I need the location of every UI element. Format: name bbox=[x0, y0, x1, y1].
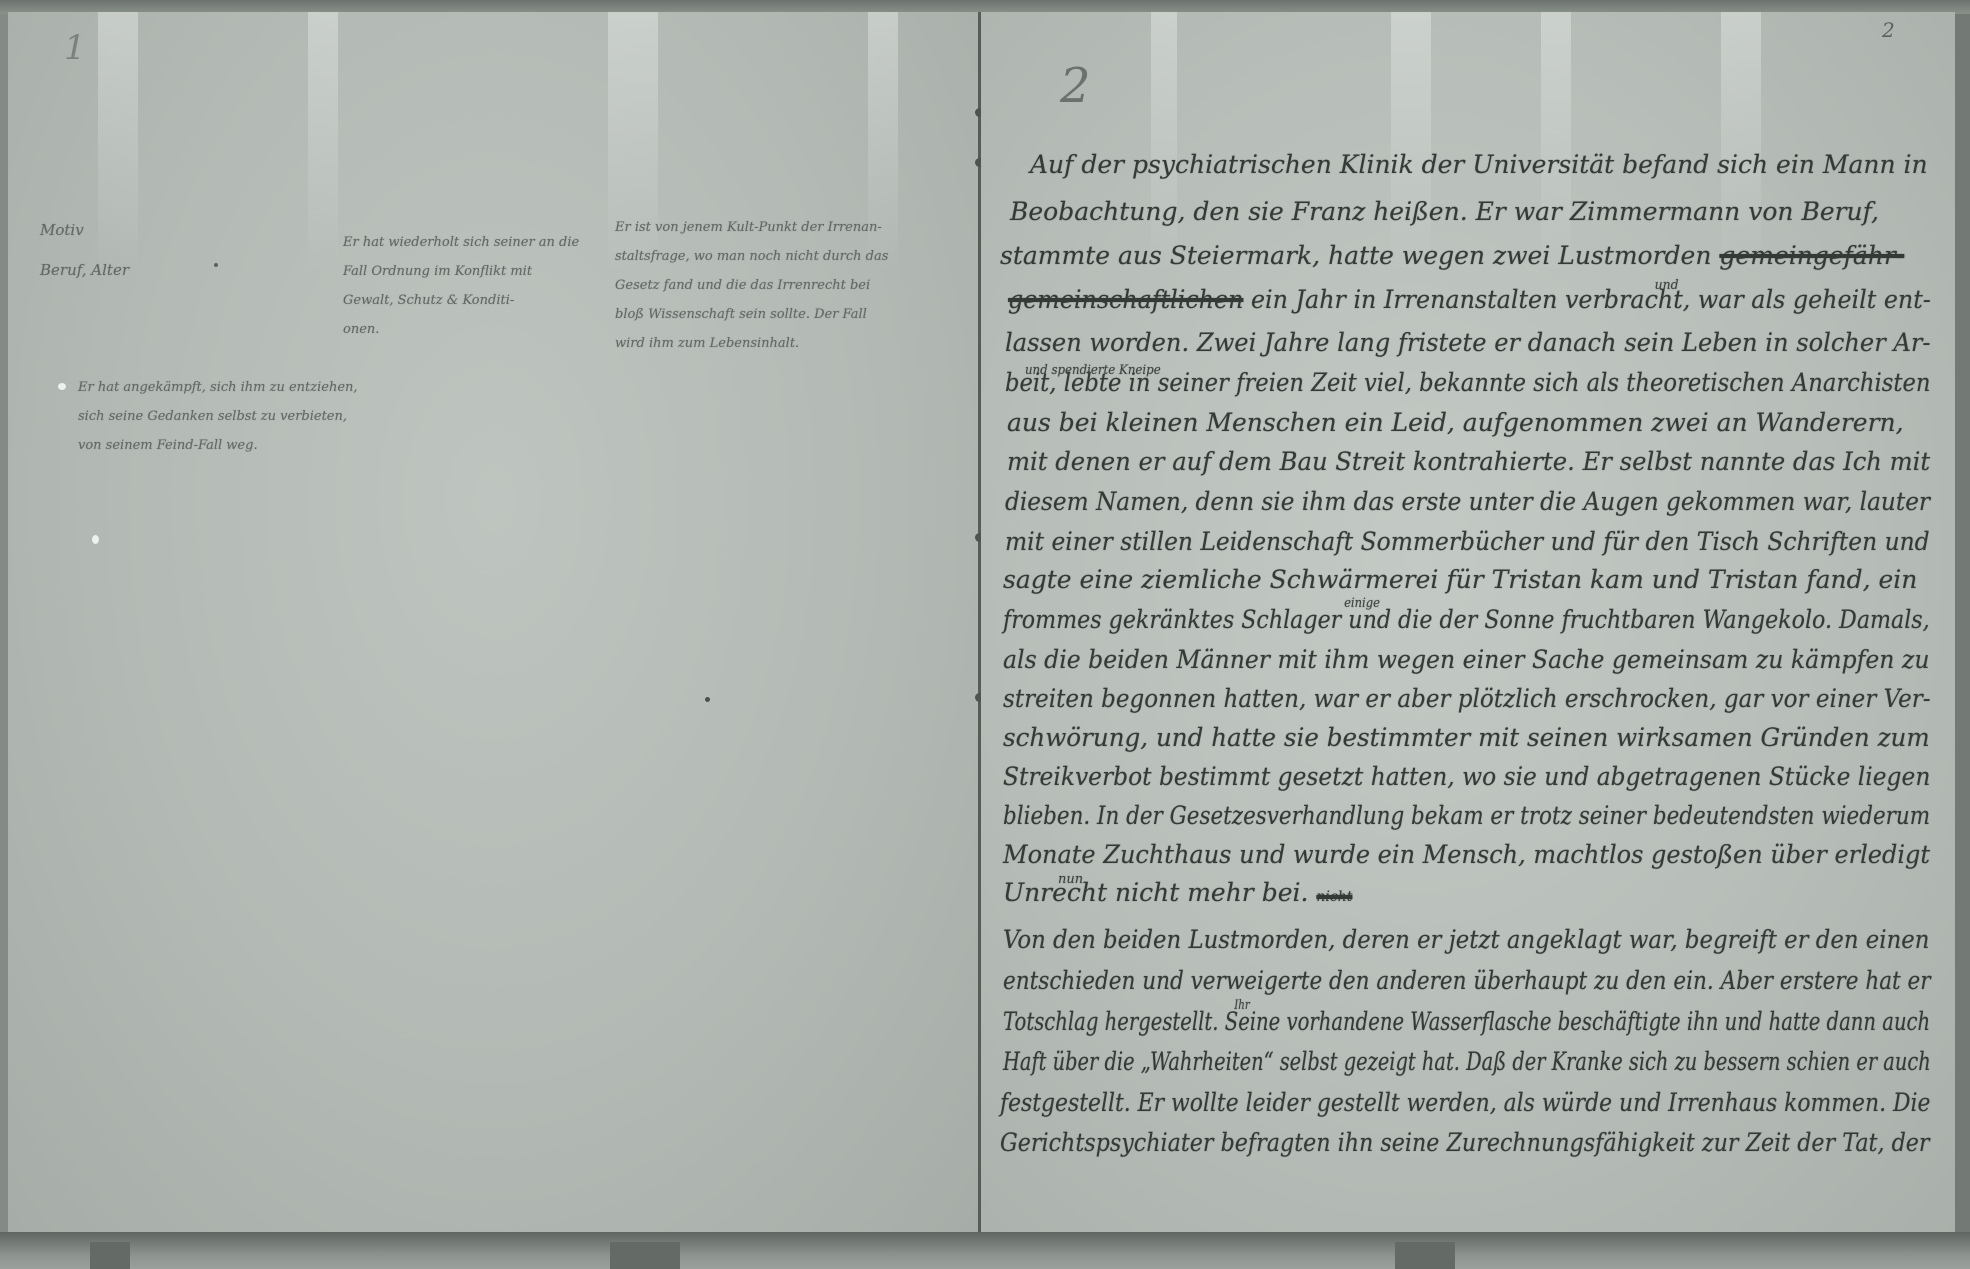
note-line: Gewalt, Schutz & Konditi- bbox=[343, 286, 579, 315]
note-line: sich seine Gedanken selbst zu verbieten, bbox=[78, 402, 358, 431]
light-streak bbox=[1151, 12, 1177, 272]
manuscript-line: aus bei kleinen Menschen ein Leid, aufge… bbox=[1007, 408, 1904, 438]
struck-text: nicht bbox=[1316, 889, 1352, 905]
note-line: von seinem Feind-Fall weg. bbox=[78, 431, 358, 460]
note-line: wird ihm zum Lebensinhalt. bbox=[615, 329, 888, 358]
manuscript-line: lassen worden. Zwei Jahre lang fristete … bbox=[1005, 328, 1931, 358]
manuscript-line: mit einer stillen Leidenschaft Sommerbüc… bbox=[1005, 527, 1930, 557]
manuscript-line: IhrTotschlag hergestellt. Seine vorhande… bbox=[1003, 1007, 1930, 1037]
interlinear-insertion: und spendierte Kneipe bbox=[1025, 356, 1161, 386]
light-streak bbox=[1391, 12, 1431, 272]
paper-speck bbox=[58, 383, 66, 390]
note-line: Fall Ordnung im Konflikt mit bbox=[343, 257, 579, 286]
note-line: Motiv bbox=[40, 210, 129, 250]
margin-note-d: Er hat angekämpft, sich ihm zu entziehen… bbox=[78, 373, 358, 460]
interlinear-insertion: Ihr bbox=[1234, 991, 1249, 1021]
paper-speck bbox=[92, 535, 99, 544]
manuscript-line: schwörung, und hatte sie bestimmter mit … bbox=[1003, 723, 1930, 753]
light-streak bbox=[308, 12, 338, 272]
manuscript-line: gemeinschaftlichen ein Jahr in Irrenanst… bbox=[1008, 285, 1931, 315]
scan-border-right bbox=[1955, 0, 1970, 1269]
interlinear-insertion: einige bbox=[1344, 589, 1380, 619]
note-line: bloß Wissenschaft sein sollte. Der Fall bbox=[615, 300, 888, 329]
manuscript-line: Streikverbot bestimmt gesetzt hatten, wo… bbox=[1003, 762, 1930, 792]
manuscript-line: diesem Namen, denn sie ihm das erste unt… bbox=[1005, 487, 1930, 517]
manuscript-line: entschieden und verweigerte den anderen … bbox=[1003, 966, 1931, 996]
ink-dot bbox=[705, 697, 710, 702]
manuscript-line: als die beiden Männer mit ihm wegen eine… bbox=[1003, 645, 1930, 675]
manuscript-line: Monate Zuchthaus und wurde ein Mensch, m… bbox=[1003, 840, 1930, 870]
manuscript-line: Von den beiden Lustmorden, deren er jetz… bbox=[1003, 925, 1929, 955]
note-line: Gesetz fand und die das Irrenrecht bei bbox=[615, 271, 888, 300]
shadow-block bbox=[90, 1242, 130, 1269]
manuscript-line: Haft über die „Wahrheiten“ selbst gezeig… bbox=[1003, 1047, 1931, 1077]
ink-dot bbox=[214, 263, 218, 267]
note-line: Beruf, Alter bbox=[40, 250, 129, 290]
page-number-large: 2 bbox=[1060, 58, 1091, 114]
manuscript-line: mit denen er auf dem Bau Streit kontrahi… bbox=[1007, 447, 1930, 477]
margin-note-a: Motiv Beruf, Alter bbox=[40, 210, 129, 290]
manuscript-line: sagte eine ziemliche Schwärmerei für Tri… bbox=[1003, 565, 1917, 595]
note-line: Er ist von jenem Kult-Punkt der Irrenan- bbox=[615, 213, 888, 242]
manuscript-line: festgestellt. Er wollte leider gestellt … bbox=[1000, 1088, 1930, 1118]
manuscript-line: Beobachtung, den sie Franz heißen. Er wa… bbox=[1010, 197, 1879, 227]
note-line: Er hat wiederholt sich seiner an die bbox=[343, 228, 579, 257]
manuscript-line: nunUnrecht nicht mehr bei. nicht bbox=[1003, 878, 1352, 912]
scan-border-bottom bbox=[0, 1232, 1970, 1269]
note-line: onen. bbox=[343, 315, 579, 344]
light-streak bbox=[1721, 12, 1761, 272]
margin-note-b: Er hat wiederholt sich seiner an die Fal… bbox=[343, 228, 579, 344]
manuscript-line: streiten begonnen hatten, war er aber pl… bbox=[1003, 684, 1931, 714]
struck-text: gemeinschaftlichen bbox=[1008, 285, 1243, 314]
shadow-block bbox=[1395, 1242, 1455, 1269]
manuscript-line: Gerichtspsychiater befragten ihn seine Z… bbox=[1000, 1128, 1930, 1158]
page-number-small: 2 bbox=[1882, 18, 1895, 42]
note-line: Er hat angekämpft, sich ihm zu entziehen… bbox=[78, 373, 358, 402]
manuscript-line: und spendierte Kneipebeit, lebte in sein… bbox=[1005, 368, 1931, 398]
light-streak bbox=[1541, 12, 1571, 272]
manuscript-line: blieben. In der Gesetzesverhandlung beka… bbox=[1003, 801, 1930, 831]
page-number-left: 1 bbox=[64, 28, 86, 68]
interlinear-insertion: und bbox=[1655, 271, 1679, 301]
left-page bbox=[8, 12, 979, 1234]
manuscript-line: Auf der psychiatrischen Klinik der Unive… bbox=[1030, 150, 1928, 180]
interlinear-insertion: nun bbox=[1058, 865, 1083, 895]
margin-note-c: Er ist von jenem Kult-Punkt der Irrenan-… bbox=[615, 213, 888, 358]
manuscript-line: einigefrommes gekränktes Schlager und di… bbox=[1003, 605, 1930, 635]
manuscript-line: stammte aus Steiermark, hatte wegen zwei… bbox=[1000, 241, 1904, 271]
shadow-block bbox=[610, 1242, 680, 1269]
note-line: staltsfrage, wo man noch nicht durch das bbox=[615, 242, 888, 271]
struck-text: gemeingefähr- bbox=[1719, 241, 1904, 270]
